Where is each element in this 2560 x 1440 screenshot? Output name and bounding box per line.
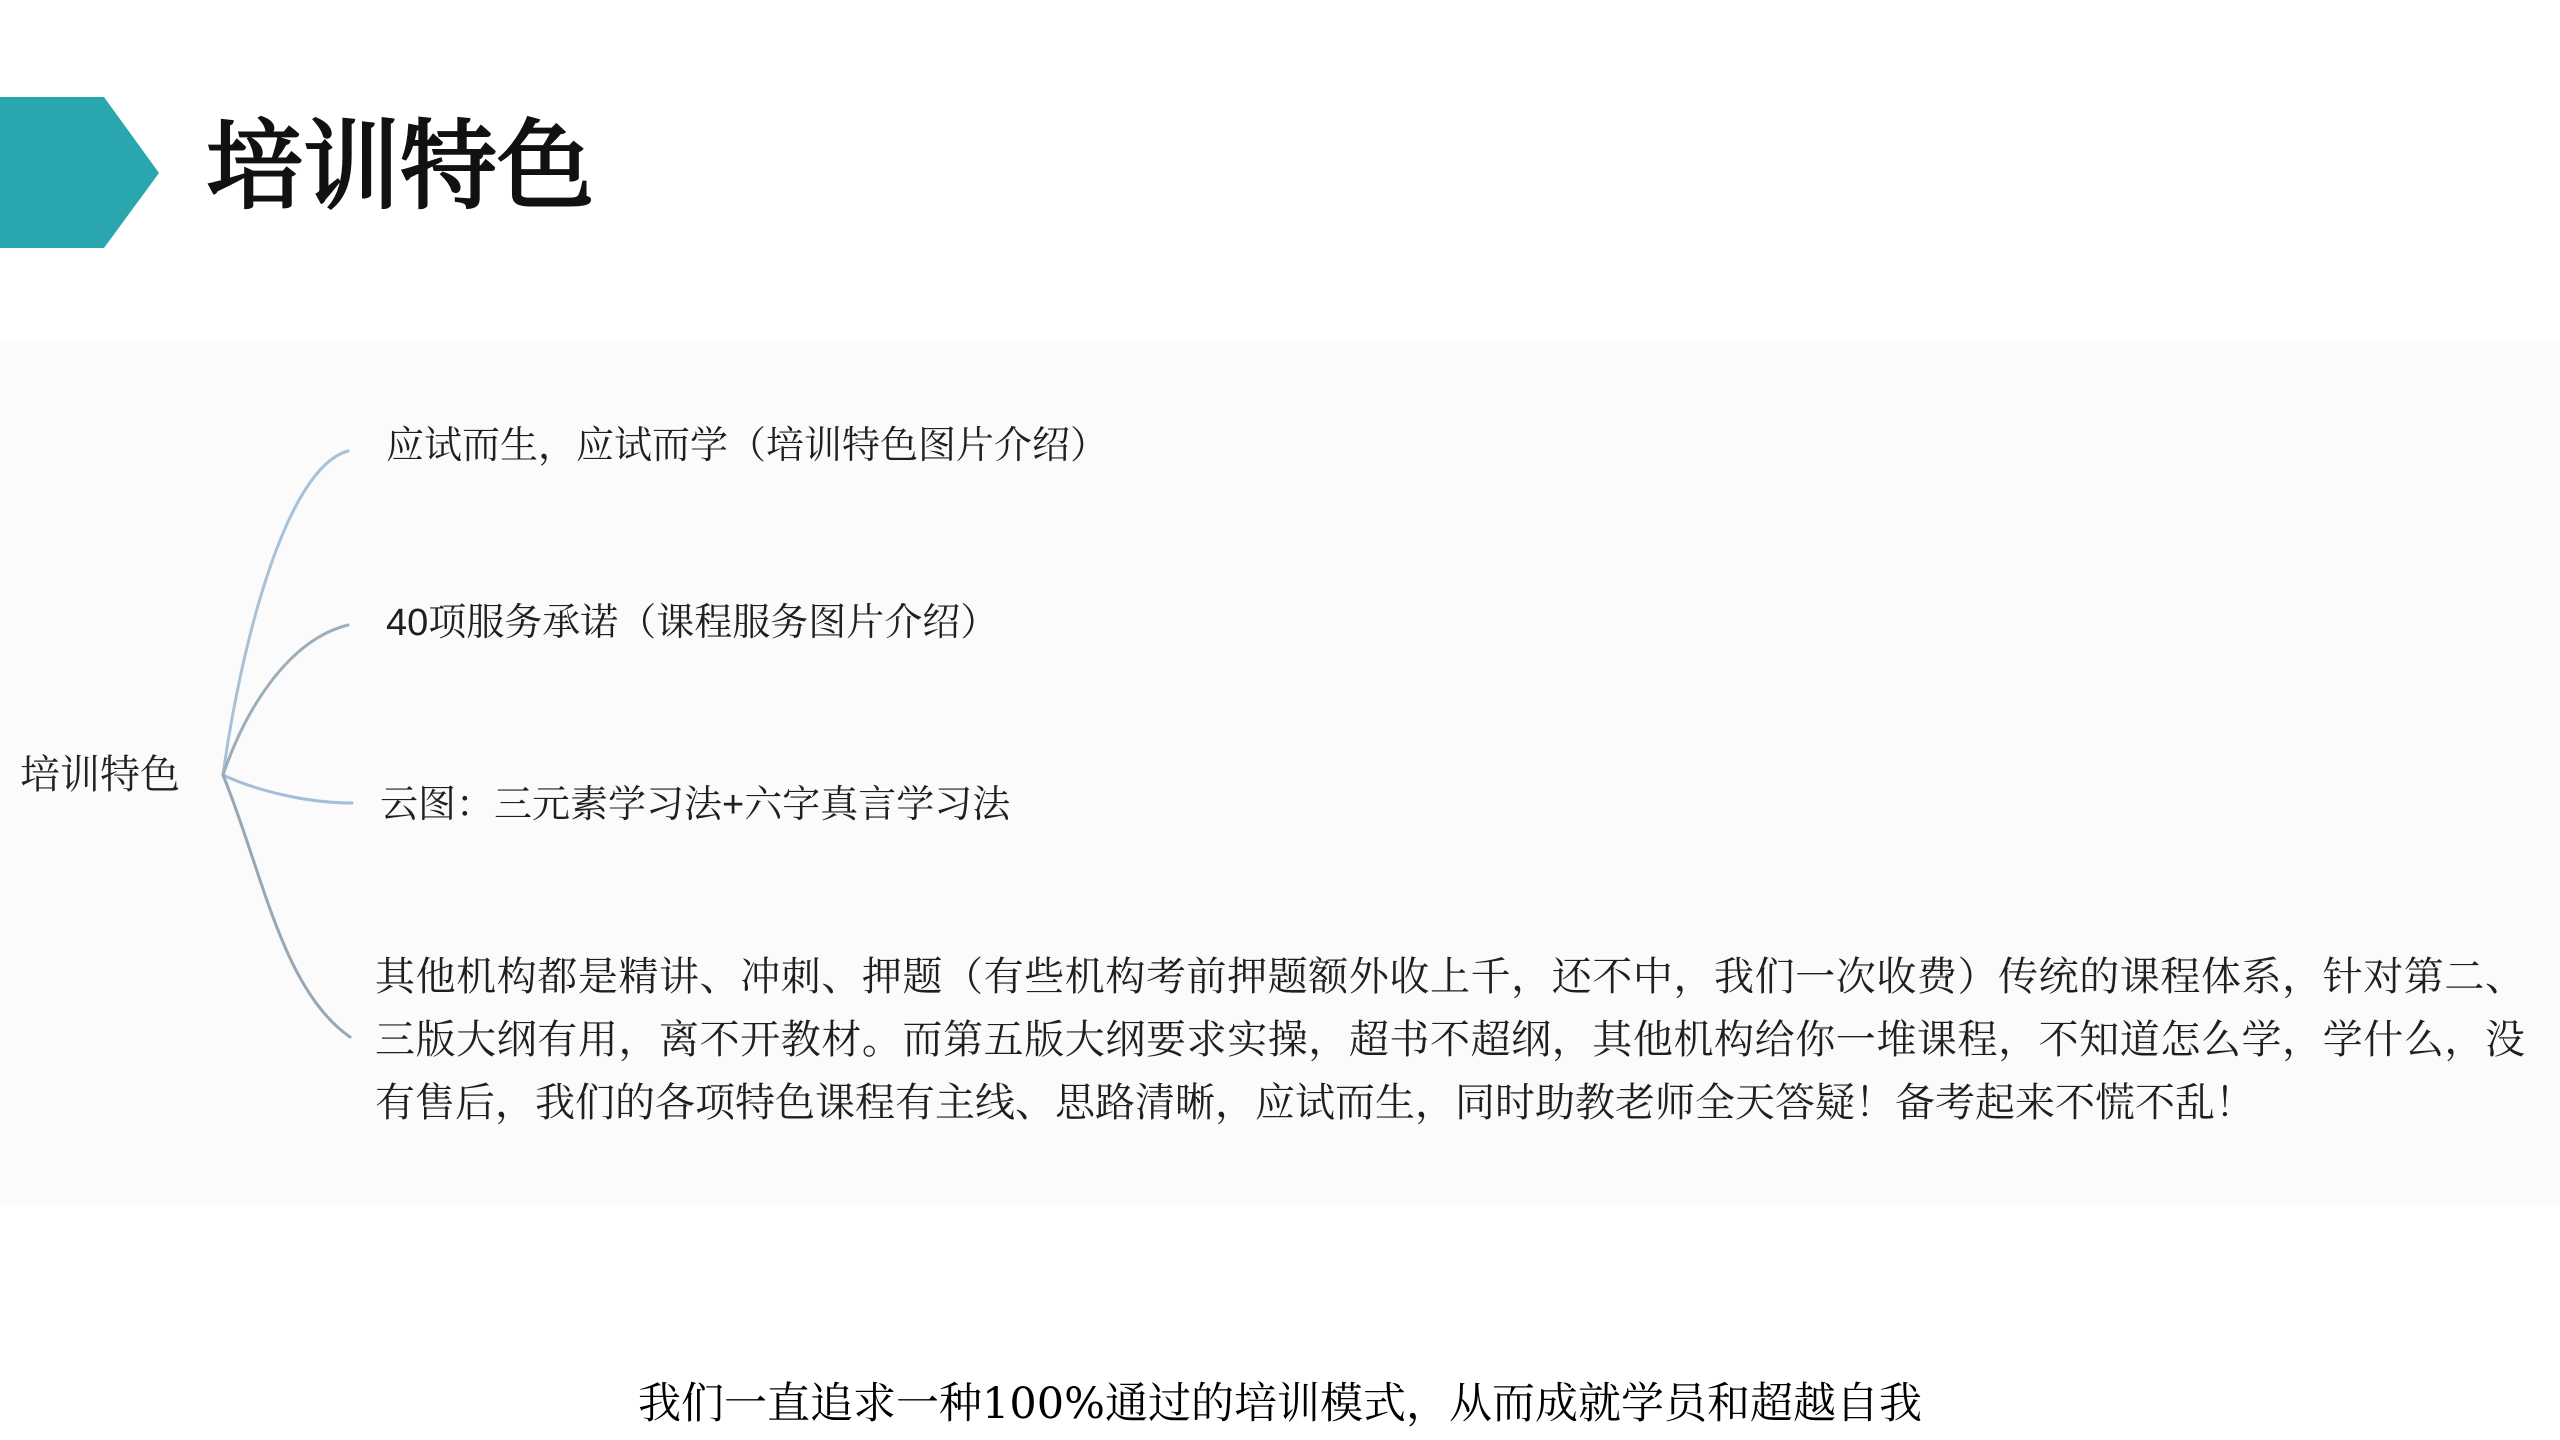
slide-title: 培训特色 — [206, 118, 594, 215]
accent-arrow-icon — [0, 97, 160, 249]
mindmap-branch-label-3: 云图：三元素学习法+六字真言学习法 — [380, 786, 1010, 824]
accent-arrow-shape — [0, 97, 159, 248]
mindmap-root-label: 培训特色 — [20, 755, 180, 795]
mindmap-branch-label-1: 应试而生，应试而学（培训特色图片介绍） — [386, 427, 1108, 465]
mindmap-branch-label-4: 其他机构都是精讲、冲刺、押题（有些机构考前押题额外收上千，还不中，我们一次收费）… — [375, 946, 2525, 1135]
footer-slogan: 我们一直追求一种100%通过的培训模式，从而成就学员和超越自我 — [0, 1381, 2560, 1427]
mindmap-branch-label-2: 40项服务承诺（课程服务图片介绍） — [386, 604, 998, 642]
presentation-slide: 培训特色 培训特色 应试而生，应试而学（培训特色图片介绍） 40项服务承诺（课程… — [0, 0, 2560, 1440]
